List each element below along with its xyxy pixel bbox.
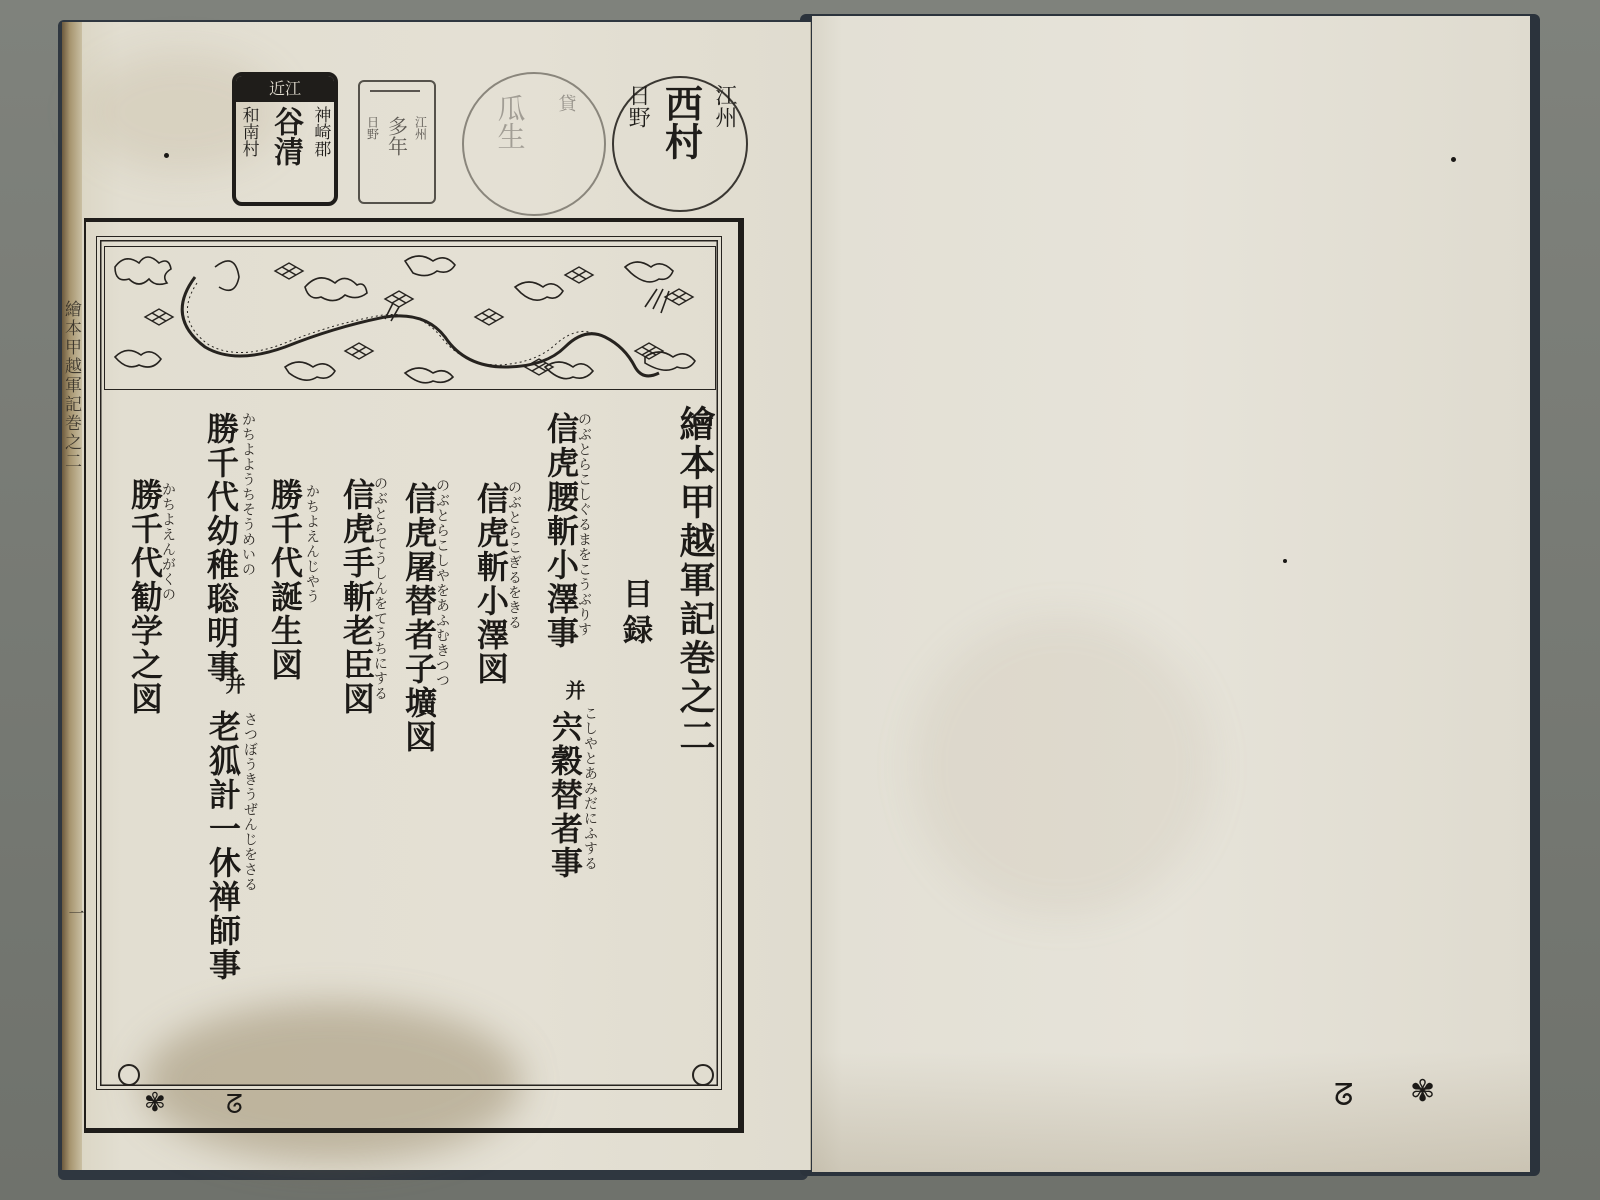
contents-entry-continued: 宍穀替者事 <box>542 710 588 880</box>
contents-entry: 勝千代幼稚聡明事 <box>198 412 244 684</box>
ownership-stamp-tanisei: 近江 神崎郡 谷清 和南村 <box>232 72 338 206</box>
dragon-icon <box>105 247 715 389</box>
stamp-text: 瓜生 <box>490 94 530 150</box>
binding-hole <box>1451 157 1456 162</box>
contents-entry: 勝千代勧学之図 <box>122 478 168 716</box>
corner-curl <box>118 1064 140 1086</box>
spine-strip <box>62 22 82 1170</box>
entry-conjunction: 并 <box>220 674 249 694</box>
sprig-ornament: ✾ <box>144 1088 166 1118</box>
corner-curl <box>692 1064 714 1086</box>
stamp-roof-mark <box>370 90 420 116</box>
book-title: 繪本甲越軍記巻之二 <box>670 405 721 756</box>
stamp-text: 西村 <box>653 84 708 160</box>
dragon-cloud-illustration <box>104 246 716 390</box>
stamp-text: 日野 <box>622 84 653 160</box>
stamp-text: 神崎郡 <box>308 106 333 166</box>
ownership-stamp-nishimura: 江州 西村 日野 <box>612 76 748 212</box>
entry-conjunction: 并 <box>560 680 589 700</box>
stamp-header: 近江 <box>236 76 334 102</box>
ownership-stamp-omi: 江州 多年 日野 <box>358 80 436 204</box>
sprig-ornament: ᘔ <box>1334 1078 1353 1113</box>
stamp-text: 谷清 <box>263 106 307 166</box>
stamp-text: 江州 <box>709 84 740 160</box>
binding-hole <box>164 153 169 158</box>
contents-entry-continued: 老狐計一休禅師事 <box>200 710 246 982</box>
ownership-stamp-faded: 貸 瓜生 <box>462 72 606 216</box>
contents-heading: 目録 <box>612 578 656 650</box>
contents-entry: 信虎屠替者子壙図 <box>396 482 442 754</box>
contents-entry: 信虎腰斬小澤事 <box>538 412 584 650</box>
ink-speck <box>1283 559 1287 563</box>
contents-entry: 勝千代誕生図 <box>262 478 308 682</box>
stamp-text: 日野 <box>365 116 382 156</box>
sprig-ornament: ᘔ <box>226 1090 243 1121</box>
age-stain <box>912 616 1212 916</box>
stamp-text: 貸 <box>553 94 579 150</box>
right-page-blank <box>812 16 1530 1172</box>
stamp-text: 多年 <box>383 116 412 156</box>
spine-label: 繪本甲越軍記巻之二 <box>66 300 84 471</box>
contents-entry: 信虎手斬老臣図 <box>334 478 380 716</box>
sprig-ornament: ✾ <box>1410 1074 1435 1109</box>
stamp-text: 和南村 <box>237 106 262 166</box>
contents-entry: 信虎斬小澤図 <box>468 482 514 686</box>
stamp-text: 江州 <box>413 116 430 156</box>
